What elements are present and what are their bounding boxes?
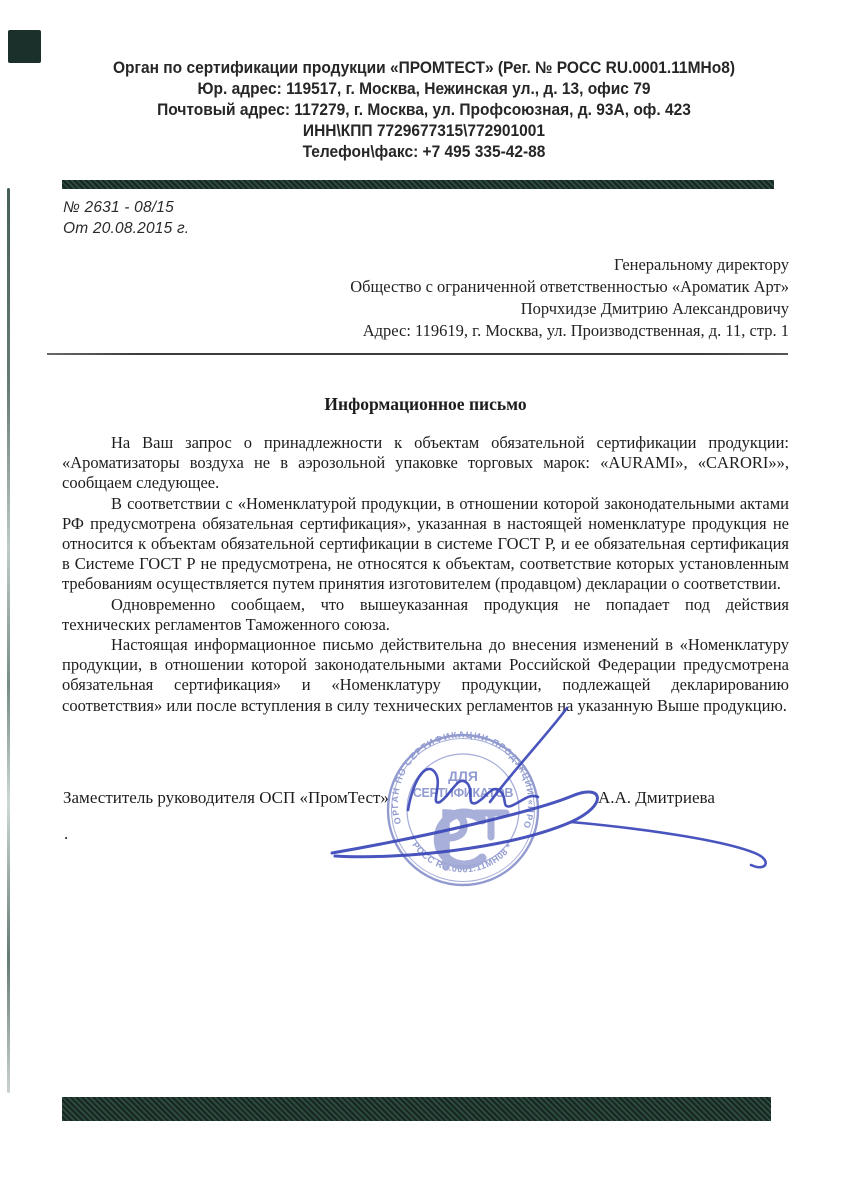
handwritten-signature [280,690,848,900]
letterhead: Орган по сертификации продукции «ПРОМТЕС… [48,58,800,163]
recipient-address: Адрес: 119619, г. Москва, ул. Производст… [149,320,789,342]
recipient-person: Порчхидзе Дмитрию Александровичу [149,298,789,320]
inn-kpp-line: ИНН\КПП 7729677315\772901001 [48,121,800,142]
recipient-underline [47,353,788,355]
reference-block: № 2631 - 08/15 От 20.08.2015 г. [63,197,189,239]
header-divider-bar [62,180,774,189]
phone-fax-line: Телефон\факс: +7 495 335-42-88 [48,142,800,163]
letter-date: От 20.08.2015 г. [63,218,189,239]
document-page: Орган по сертификации продукции «ПРОМТЕС… [0,0,848,1200]
letter-number: № 2631 - 08/15 [63,197,189,218]
postal-address-line: Почтовый адрес: 117279, г. Москва, ул. П… [48,100,800,121]
trailing-dot: . [64,824,68,844]
letter-title: Информационное письмо [62,394,789,415]
paragraph: На Ваш запрос о принадлежности к объекта… [62,433,789,494]
scan-corner-square [8,30,41,63]
recipient-position: Генеральному директору [149,254,789,276]
scan-left-edge-line [7,188,10,1093]
paragraph: В соответствии с «Номенклатурой продукци… [62,494,789,595]
paragraph: Одновременно сообщаем, что вышеуказанная… [62,595,789,635]
legal-address-line: Юр. адрес: 119517, г. Москва, Нежинская … [48,79,800,100]
org-name-line: Орган по сертификации продукции «ПРОМТЕС… [48,58,800,79]
recipient-block: Генеральному директору Общество с ограни… [149,254,789,342]
footer-bar [62,1097,771,1121]
recipient-company: Общество с ограниченной ответственностью… [149,276,789,298]
letter-body: На Ваш запрос о принадлежности к объекта… [62,433,789,716]
